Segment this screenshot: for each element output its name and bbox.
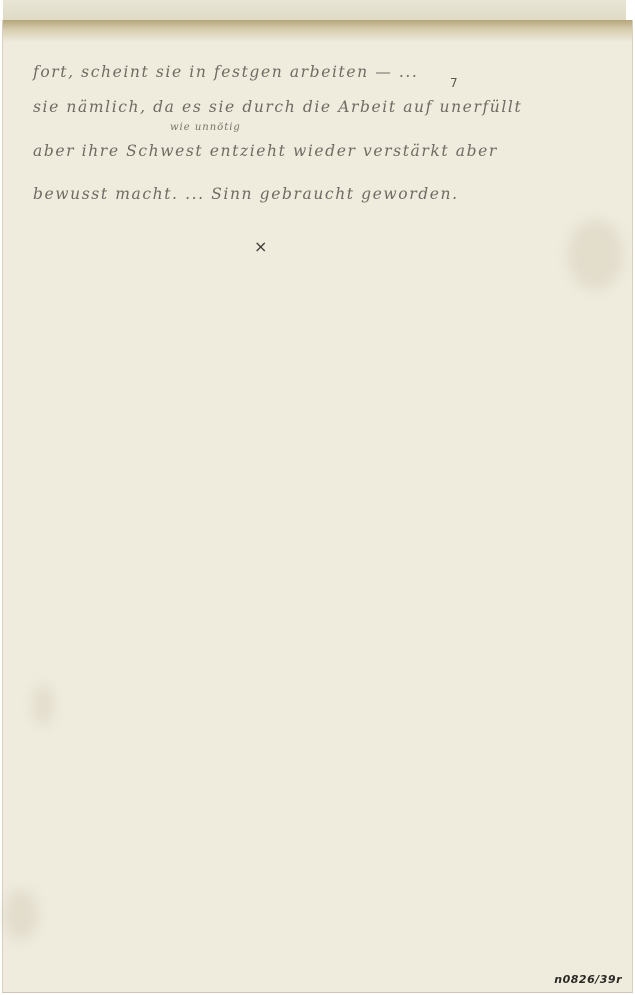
handwritten-line-2: sie nämlich, da es sie durch die Arbeit … xyxy=(33,98,522,116)
paper-stain xyxy=(3,890,38,940)
cross-mark: × xyxy=(254,237,267,256)
interlinear-insertion: wie unnötig xyxy=(170,122,241,133)
notebook-page: fort, scheint sie in festgen arbeiten — … xyxy=(2,20,633,993)
catalog-number: n0826/39r xyxy=(554,973,622,986)
notebook-top-flap xyxy=(3,0,626,21)
binding-shadow xyxy=(3,20,632,42)
paper-stain xyxy=(568,220,623,290)
handwritten-line-4: bewusst macht. ... Sinn gebraucht geword… xyxy=(33,185,459,203)
paper-stain xyxy=(33,685,53,725)
handwritten-line-1: fort, scheint sie in festgen arbeiten — … xyxy=(33,63,418,81)
insertion-mark: 7 xyxy=(450,76,458,90)
handwritten-line-3: aber ihre Schwest entzieht wieder verstä… xyxy=(33,142,498,160)
